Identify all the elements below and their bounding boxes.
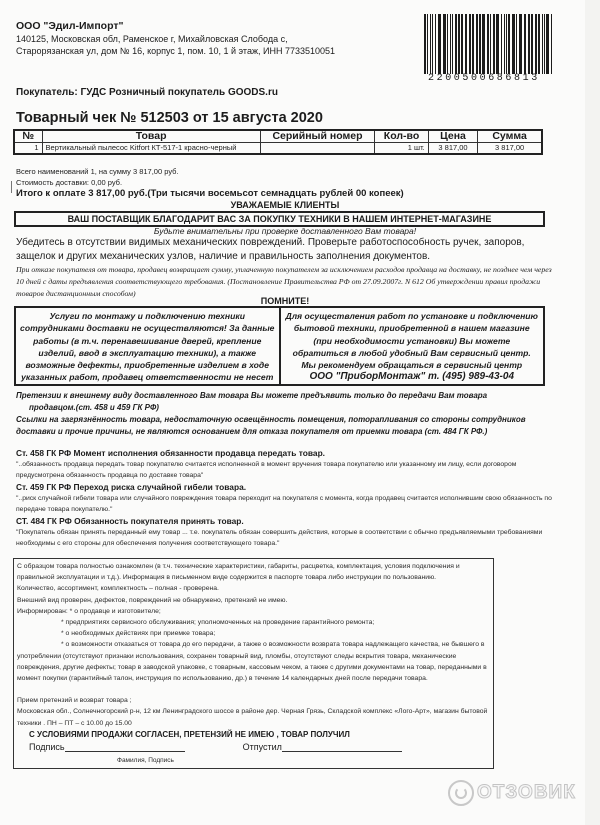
margin-mark <box>11 181 12 193</box>
col-sum: Сумма <box>478 130 542 143</box>
signature-label: Подпись <box>29 742 65 753</box>
cell-qty: 1 шт. <box>375 143 429 155</box>
col-number: № <box>14 130 42 143</box>
claims-line-1: Претензии к внешнему виду доставленного … <box>16 390 556 402</box>
cell-number: 1 <box>14 143 42 155</box>
refund-policy: При отказе покупателя от товара, продаве… <box>16 264 561 300</box>
check-instructions: Убедитесь в отсутствии видимых механичес… <box>16 236 536 264</box>
cell-serial <box>260 143 375 155</box>
law-title: Ст. 458 ГК РФ Момент исполнения обязанно… <box>16 447 556 459</box>
acceptance-box: С образцом товара полностью ознакомлен (… <box>13 558 494 769</box>
grand-total: Итого к оплате 3 817,00 руб.(Три тысячи … <box>16 188 404 199</box>
barcode <box>424 14 554 76</box>
receipt-title: Товарный чек № 512503 от 15 августа 2020 <box>16 110 323 126</box>
barcode-bars <box>424 14 554 74</box>
col-product: Товар <box>42 130 260 143</box>
signature-line[interactable] <box>65 742 185 752</box>
table-header-row: № Товар Серийный номер Кол-во Цена Сумма <box>14 130 542 143</box>
law-458: Ст. 458 ГК РФ Момент исполнения обязанно… <box>16 447 556 481</box>
receipt-page: ООО "Эдил-Импорт" 140125, Московская обл… <box>0 0 585 825</box>
returns-address: Московская обл., Солнечногорский р-н, 12… <box>17 706 490 728</box>
released-signature-line[interactable] <box>282 742 402 752</box>
law-text: "..обязанность продавца передать товар п… <box>16 459 556 481</box>
claims-notice: Претензии к внешнему виду доставленного … <box>16 390 556 438</box>
acceptance-p5: * предприятиях сервисного обслуживания; … <box>17 617 490 628</box>
cell-product: Вертикальный пылесос Kitfort КТ-517-1 кр… <box>42 143 260 155</box>
law-text: "Покупатель обязан принять переданный ем… <box>16 527 556 549</box>
service-center-text: Для осуществления работ по установке и п… <box>285 310 540 359</box>
be-careful-note: Будьте внимательны при проверке доставле… <box>0 226 570 236</box>
law-459: Ст. 459 ГК РФ Переход риска случайной ги… <box>16 481 556 515</box>
buyer: Покупатель: ГУДС Розничный покупатель GO… <box>16 87 278 98</box>
law-484: СТ. 484 ГК РФ Обязанность покупателя при… <box>16 515 556 549</box>
installation-warning: Услуги по монтажу и подключению техники … <box>16 308 281 384</box>
law-text: "..риск случайной гибели товара или случ… <box>16 493 556 515</box>
signature-hint: Фамилия, Подпись <box>17 755 490 766</box>
signature-row: Подпись Отпустил <box>17 742 490 753</box>
returns-title: Прием претензий и возврат товара ; <box>17 695 490 706</box>
remember-heading: ПОМНИТЕ! <box>0 296 570 306</box>
claims-line-3: Ссылки на загрязнённость товара, недоста… <box>16 414 556 438</box>
cell-sum: 3 817,00 <box>478 143 542 155</box>
delivery-cost-line: Стоимость доставки: 0,00 руб. <box>16 178 122 187</box>
service-center-contact: ООО "ПриборМонтаж" т. (495) 989-43-04 <box>285 371 540 383</box>
service-center-recommend: Мы рекомендуем обращаться в сервисный це… <box>285 359 540 371</box>
barcode-number: 2200500686813 <box>428 73 540 84</box>
acceptance-p1: С образцом товара полностью ознакомлен (… <box>17 561 490 583</box>
table-row: 1 Вертикальный пылесос Kitfort КТ-517-1 … <box>14 143 542 155</box>
agree-statement: С УСЛОВИЯМИ ПРОДАЖИ СОГЛАСЕН, ПРЕТЕНЗИЙ … <box>17 729 490 740</box>
col-qty: Кол-во <box>375 130 429 143</box>
col-serial: Серийный номер <box>260 130 375 143</box>
acceptance-p4: Информирован: * о продавце и изготовител… <box>17 606 490 617</box>
seller-address: 140125, Московская обл, Раменское г, Мих… <box>16 33 346 57</box>
acceptance-p6: * о необходимых действиях при приемке то… <box>17 628 490 639</box>
items-table: № Товар Серийный номер Кол-во Цена Сумма… <box>13 129 543 155</box>
law-title: СТ. 484 ГК РФ Обязанность покупателя при… <box>16 515 556 527</box>
otzovik-watermark: ОТЗОВИК <box>448 780 576 806</box>
law-title: Ст. 459 ГК РФ Переход риска случайной ги… <box>16 481 556 493</box>
watermark-text: ОТЗОВИК <box>477 782 576 804</box>
service-center-info: Для осуществления работ по установке и п… <box>281 308 544 384</box>
acceptance-p3: Внешний вид проверен, дефектов, поврежде… <box>17 595 490 606</box>
acceptance-p7: * о возможности отказаться от товара до … <box>17 639 490 684</box>
seller-name: ООО "Эдил-Импорт" <box>16 20 123 32</box>
released-label: Отпустил <box>243 742 282 753</box>
col-price: Цена <box>428 130 477 143</box>
cell-price: 3 817,00 <box>428 143 477 155</box>
claims-line-2: продавцом.(ст. 458 и 459 ГК РФ) <box>16 402 556 414</box>
power-circle-icon <box>448 780 474 806</box>
thanks-banner: ВАШ ПОСТАВЩИК БЛАГОДАРИТ ВАС ЗА ПОКУПКУ … <box>14 211 545 227</box>
acceptance-p2: Количество, ассортимент, комплектность –… <box>17 583 490 594</box>
service-notice-boxes: Услуги по монтажу и подключению техники … <box>14 306 545 386</box>
dear-clients-heading: УВАЖАЕМЫЕ КЛИЕНТЫ <box>0 200 570 210</box>
items-total-line: Всего наименований 1, на сумму 3 817,00 … <box>16 167 179 176</box>
